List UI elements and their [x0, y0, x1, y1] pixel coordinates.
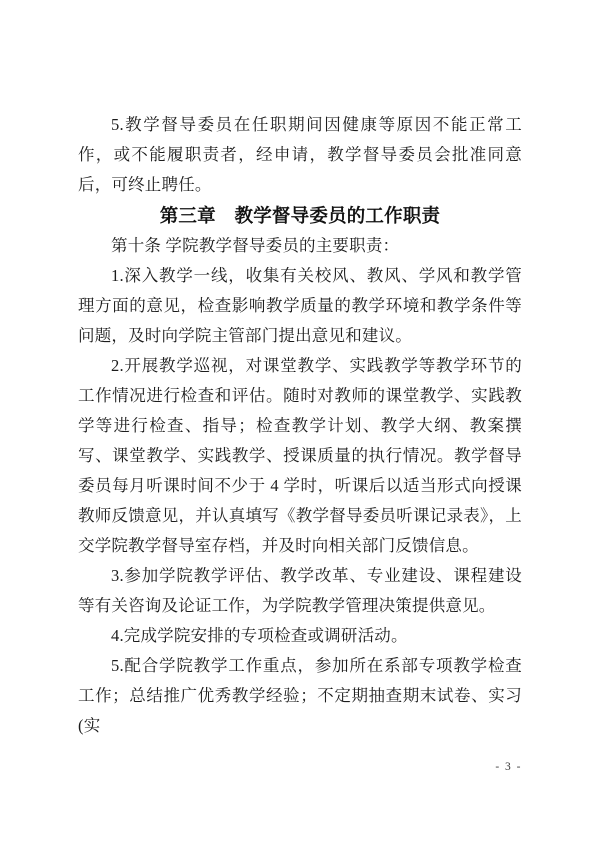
paragraph-termination-clause: 5.教学督导委员在任职期间因健康等原因不能正常工作，或不能履职责者，经申请，教学…: [78, 110, 522, 200]
paragraph-duty-3: 3.参加学院教学评估、教学改革、专业建设、课程建设等有关咨询及论证工作，为学院教…: [78, 561, 522, 621]
page-number: - 3 -: [495, 761, 522, 773]
paragraph-duty-1: 1.深入教学一线，收集有关校风、教风、学风和教学管理方面的意见，检查影响教学质量…: [78, 261, 522, 351]
page-content: 5.教学督导委员在任职期间因健康等原因不能正常工作，或不能履职责者，经申请，教学…: [78, 110, 522, 741]
document-page: 5.教学督导委员在任职期间因健康等原因不能正常工作，或不能履职责者，经申请，教学…: [0, 0, 600, 849]
paragraph-duty-4: 4.完成学院安排的专项检查或调研活动。: [78, 621, 522, 651]
paragraph-duty-2: 2.开展教学巡视，对课堂教学、实践教学等教学环节的工作情况进行检查和评估。随时对…: [78, 351, 522, 561]
paragraph-duty-5: 5.配合学院教学工作重点，参加所在系部专项教学检查工作；总结推广优秀教学经验；不…: [78, 651, 522, 741]
chapter-heading: 第三章 教学督导委员的工作职责: [78, 200, 522, 231]
paragraph-article-ten: 第十条 学院教学督导委员的主要职责：: [78, 231, 522, 261]
